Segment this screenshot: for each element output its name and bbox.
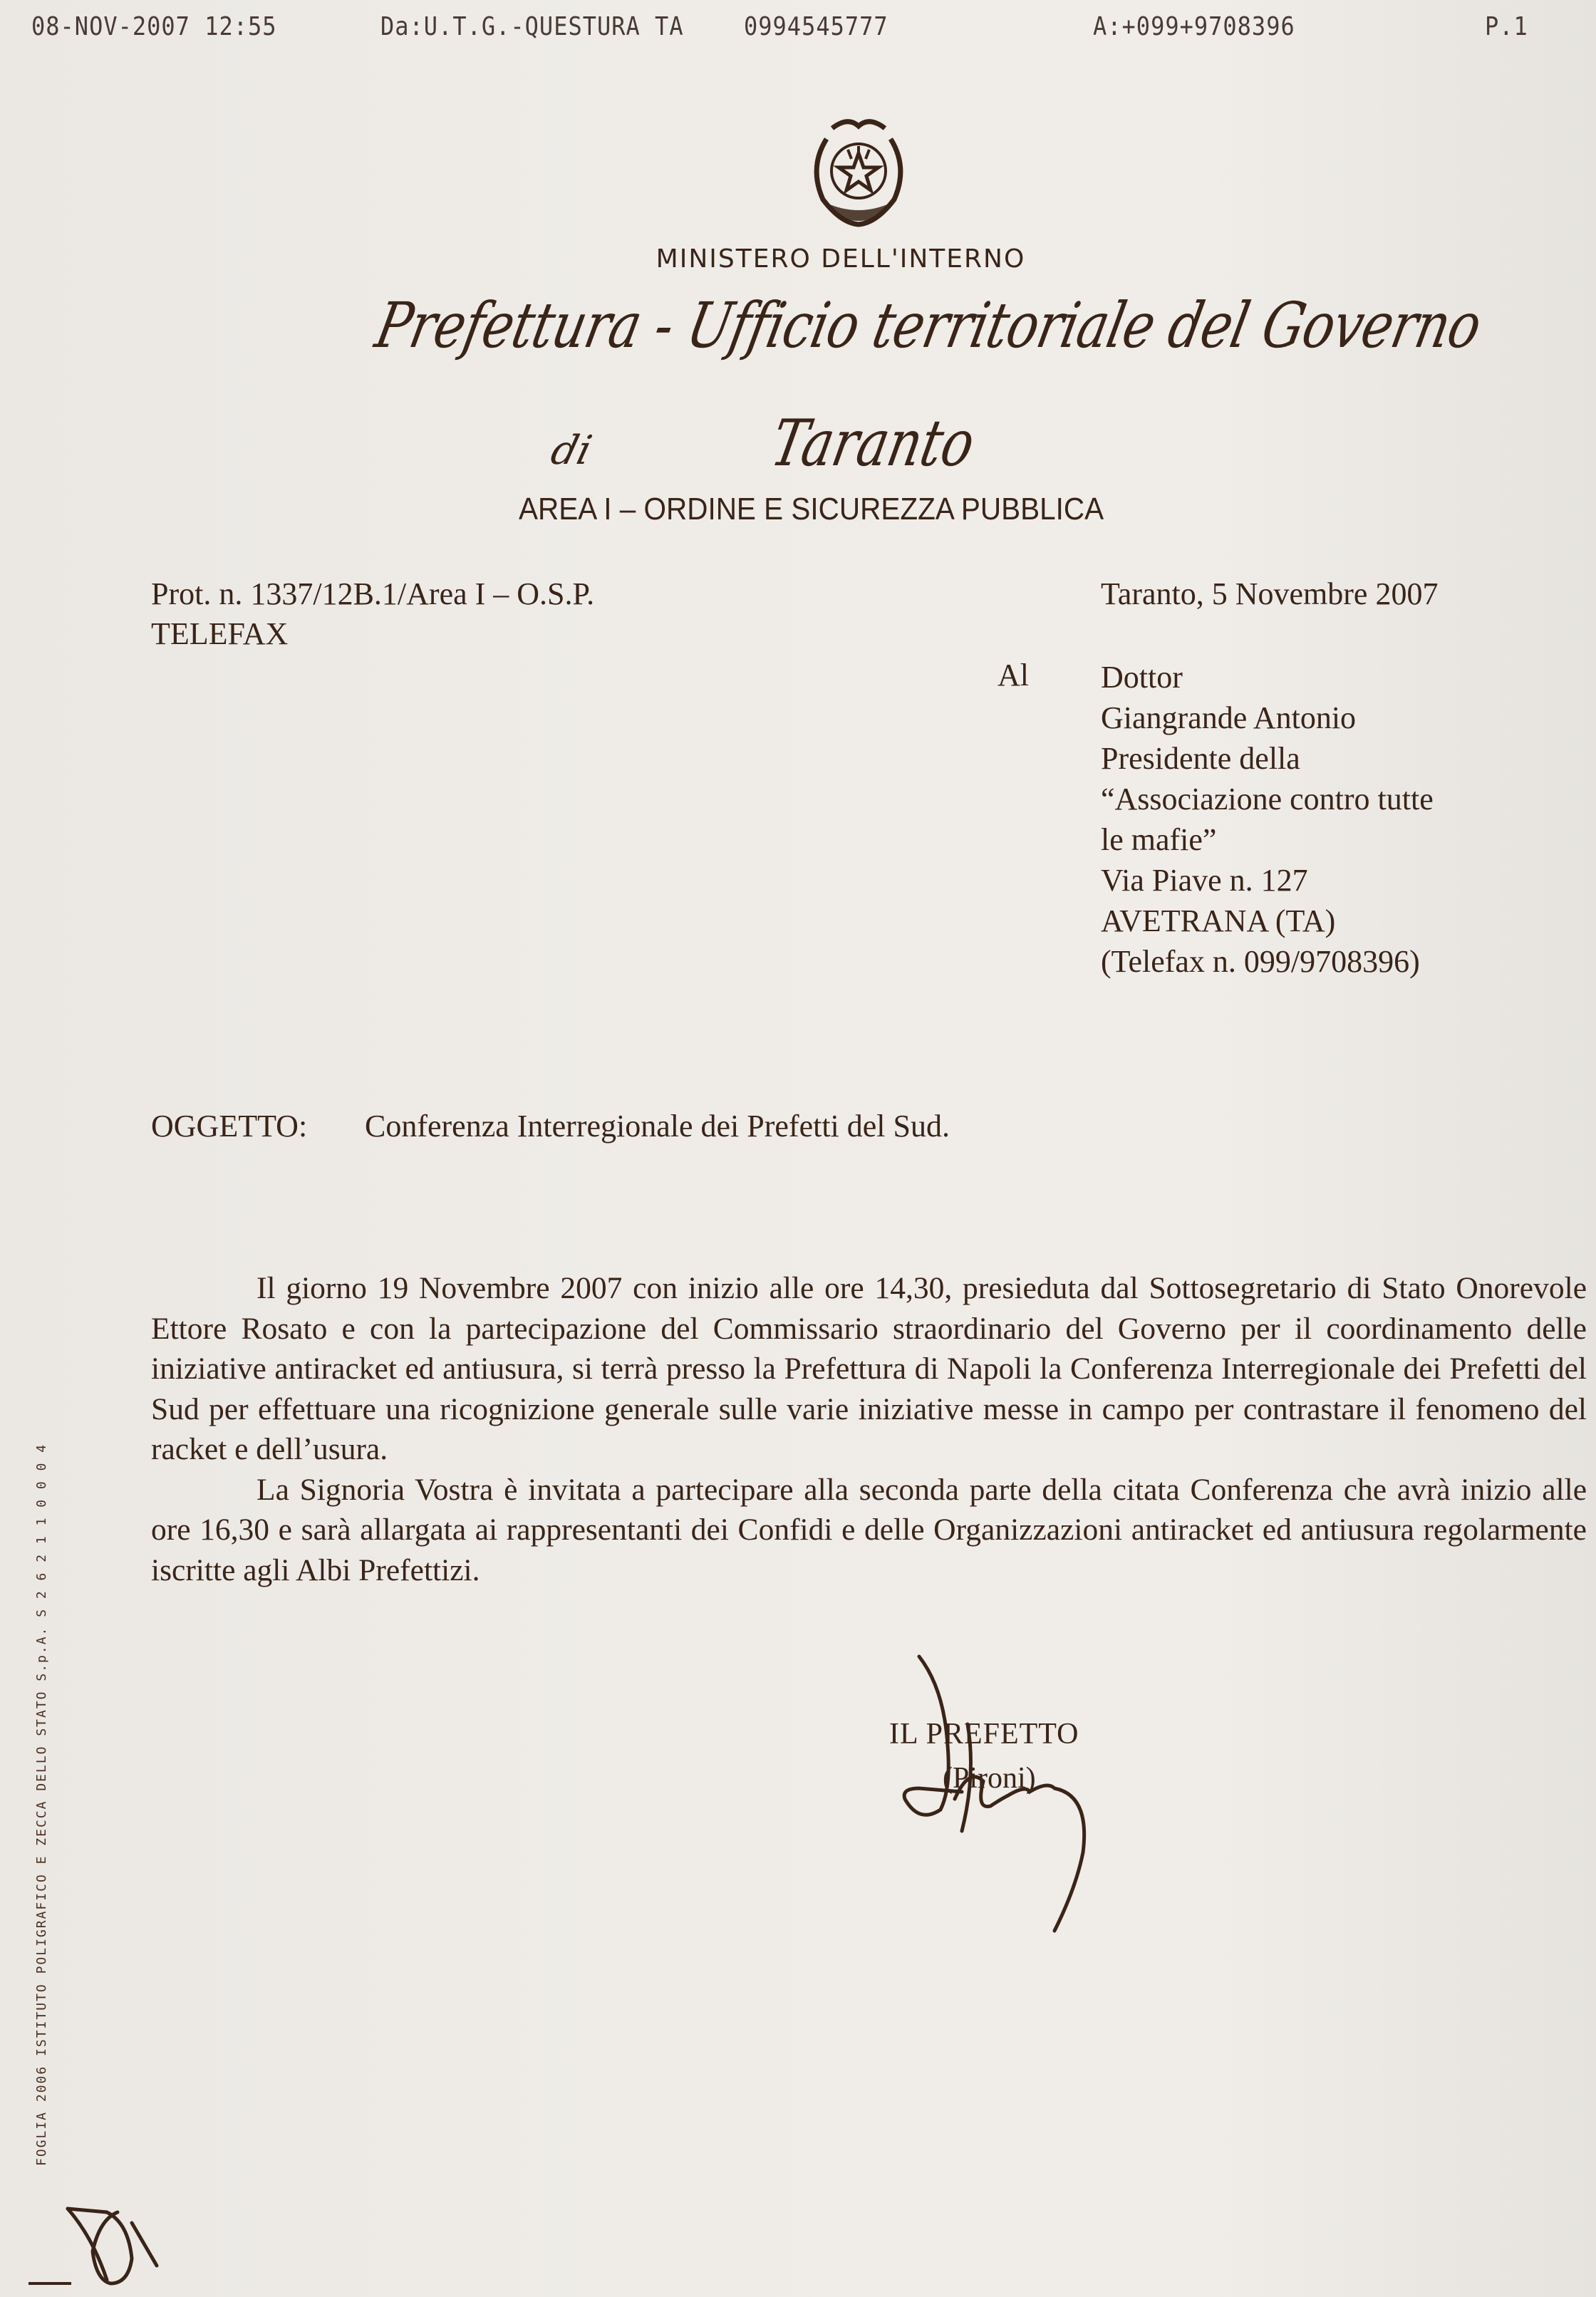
recipient-line: AVETRANA (TA) bbox=[1101, 901, 1434, 941]
fax-page: 08-NOV-2007 12:55 Da:U.T.G.-QUESTURA TA … bbox=[0, 0, 1596, 2297]
handwritten-signature-icon bbox=[876, 1646, 1147, 1938]
area-heading: AREA I – ORDINE E SICUREZZA PUBBLICA bbox=[519, 492, 1104, 527]
ministry-name: MINISTERO DELL'INTERNO bbox=[0, 244, 1596, 274]
prefettura-title: Prefettura - Ufficio territoriale del Go… bbox=[370, 289, 1203, 362]
recipient-line: le mafie” bbox=[1101, 819, 1434, 860]
fax-sender: Da:U.T.G.-QUESTURA TA bbox=[380, 11, 684, 41]
transmission-type: TELEFAX bbox=[151, 616, 288, 652]
recipient-address: Dottor Giangrande Antonio Presidente del… bbox=[1101, 657, 1434, 982]
fax-datetime: 08-NOV-2007 12:55 bbox=[31, 11, 277, 41]
subject-line: OGGETTO:Conferenza Interregionale dei Pr… bbox=[151, 1108, 950, 1144]
italian-republic-emblem-icon bbox=[798, 110, 919, 232]
body-paragraph: La Signoria Vostra è invitata a partecip… bbox=[151, 1470, 1587, 1591]
place-and-date: Taranto, 5 Novembre 2007 bbox=[1101, 576, 1438, 612]
city-name: Taranto bbox=[765, 406, 980, 481]
letter-body: Il giorno 19 Novembre 2007 con inizio al… bbox=[151, 1268, 1587, 1590]
recipient-line: “Associazione contro tutte bbox=[1101, 779, 1434, 819]
subject-text: Conferenza Interregionale dei Prefetti d… bbox=[365, 1109, 950, 1144]
recipient-prefix: Al bbox=[997, 657, 1029, 693]
fax-sender-number: 0994545777 bbox=[744, 11, 888, 41]
fax-recipient-number: A:+099+9708396 bbox=[1093, 11, 1295, 41]
recipient-line: Giangrande Antonio bbox=[1101, 698, 1434, 738]
recipient-line: Via Piave n. 127 bbox=[1101, 860, 1434, 901]
recipient-line: Dottor bbox=[1101, 657, 1434, 698]
di-label: di bbox=[546, 427, 596, 474]
protocol-number: Prot. n. 1337/12B.1/Area I – O.S.P. bbox=[151, 576, 594, 612]
recipient-line: Presidente della bbox=[1101, 738, 1434, 779]
subject-label: OGGETTO: bbox=[151, 1108, 365, 1144]
fax-transmission-header: 08-NOV-2007 12:55 Da:U.T.G.-QUESTURA TA … bbox=[31, 13, 1596, 48]
handwritten-initials-icon bbox=[28, 2180, 199, 2287]
recipient-line: (Telefax n. 099/9708396) bbox=[1101, 941, 1434, 982]
body-paragraph: Il giorno 19 Novembre 2007 con inizio al… bbox=[151, 1268, 1587, 1470]
fax-page-number: P.1 bbox=[1485, 11, 1528, 41]
margin-print-code: FOGLIA 2006 ISTITUTO POLIGRAFICO E ZECCA… bbox=[34, 1503, 56, 2166]
